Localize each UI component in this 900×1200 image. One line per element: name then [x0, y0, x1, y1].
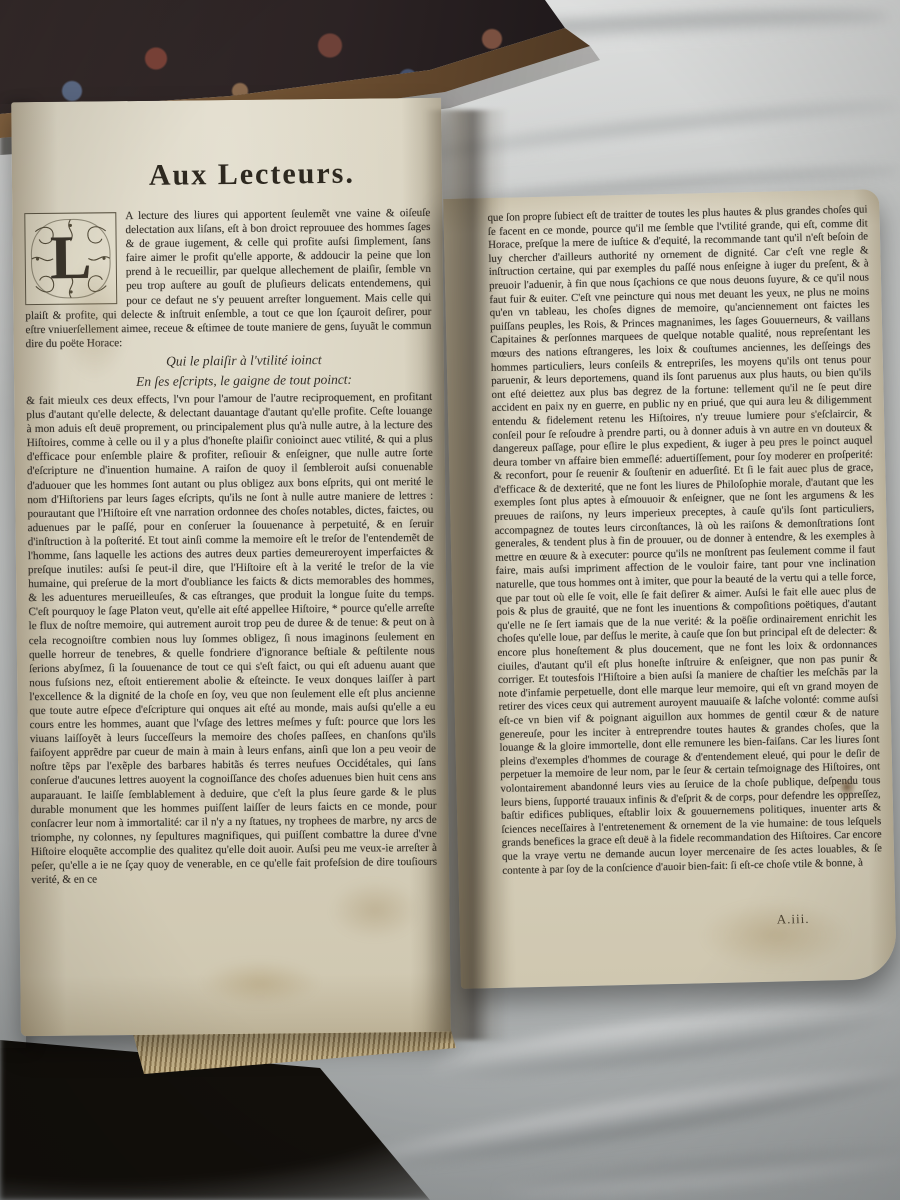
page-gutter-shadow — [424, 110, 508, 1040]
paper-stain — [200, 960, 320, 1006]
horace-verse-line-1: Qui le plaiſir à l'vtilité ioinct — [86, 350, 402, 370]
ink-spot — [838, 778, 856, 796]
paper-stain — [700, 900, 850, 970]
right-page-body: que ſon propre ſubiect eſt de traitter d… — [487, 203, 882, 878]
right-page-text-block: que ſon propre ſubiect eſt de traitter d… — [487, 203, 882, 878]
horace-verse-line-2: En ſes eſcripts, le gaigne de tout poinc… — [86, 370, 402, 390]
left-page-body: & fait mieulx ces deux effects, l'vn pou… — [26, 390, 437, 888]
paper-stain — [330, 880, 420, 940]
paper-stain — [60, 260, 130, 380]
paper-stain — [770, 330, 830, 530]
right-page[interactable]: que ſon propre ſubiect eſt de traitter d… — [443, 189, 897, 989]
page-title: Aux Lecteurs. — [114, 156, 390, 193]
